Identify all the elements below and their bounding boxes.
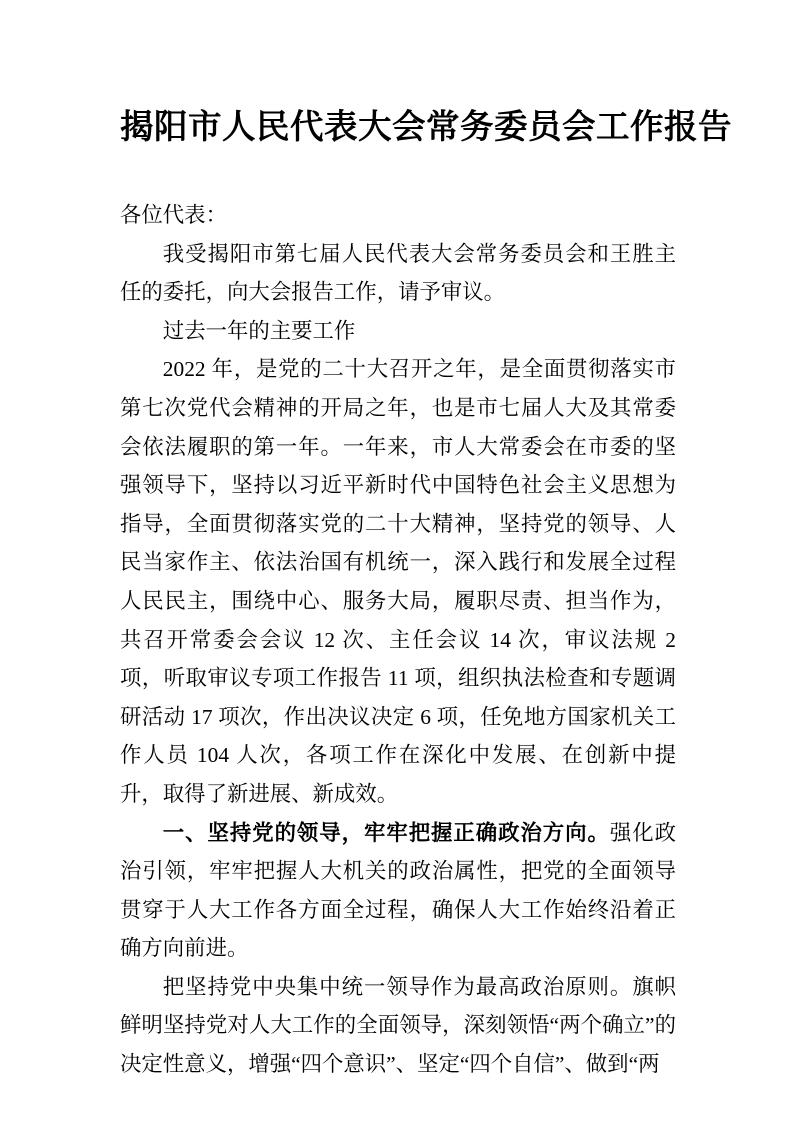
document-body: 各位代表： 我受揭阳市第七届人民代表大会常务委员会和王胜主任的委托，向大会报告工… [120, 196, 676, 1084]
salutation: 各位代表： [120, 196, 676, 235]
intro-paragraph: 我受揭阳市第七届人民代表大会常务委员会和王胜主任的委托，向大会报告工作，请予审议… [120, 235, 676, 312]
section1-heading: 一、坚持党的领导，牢牢把握正确政治方向。 [163, 821, 610, 845]
section1-paragraph-2: 把坚持党中央集中统一领导作为最高政治原则。旗帜鲜明坚持党对人大工作的全面领导，深… [120, 968, 676, 1084]
part-heading: 过去一年的主要工作 [120, 312, 676, 351]
document-title: 揭阳市人民代表大会常务委员会工作报告 [120, 103, 676, 152]
section1-paragraph: 一、坚持党的领导，牢牢把握正确政治方向。强化政治引领，牢牢把握人大机关的政治属性… [120, 814, 676, 968]
document-page: 揭阳市人民代表大会常务委员会工作报告 各位代表： 我受揭阳市第七届人民代表大会常… [0, 0, 793, 1122]
overview-paragraph: 2022 年，是党的二十大召开之年，是全面贯彻落实市第七次党代会精神的开局之年，… [120, 350, 676, 813]
